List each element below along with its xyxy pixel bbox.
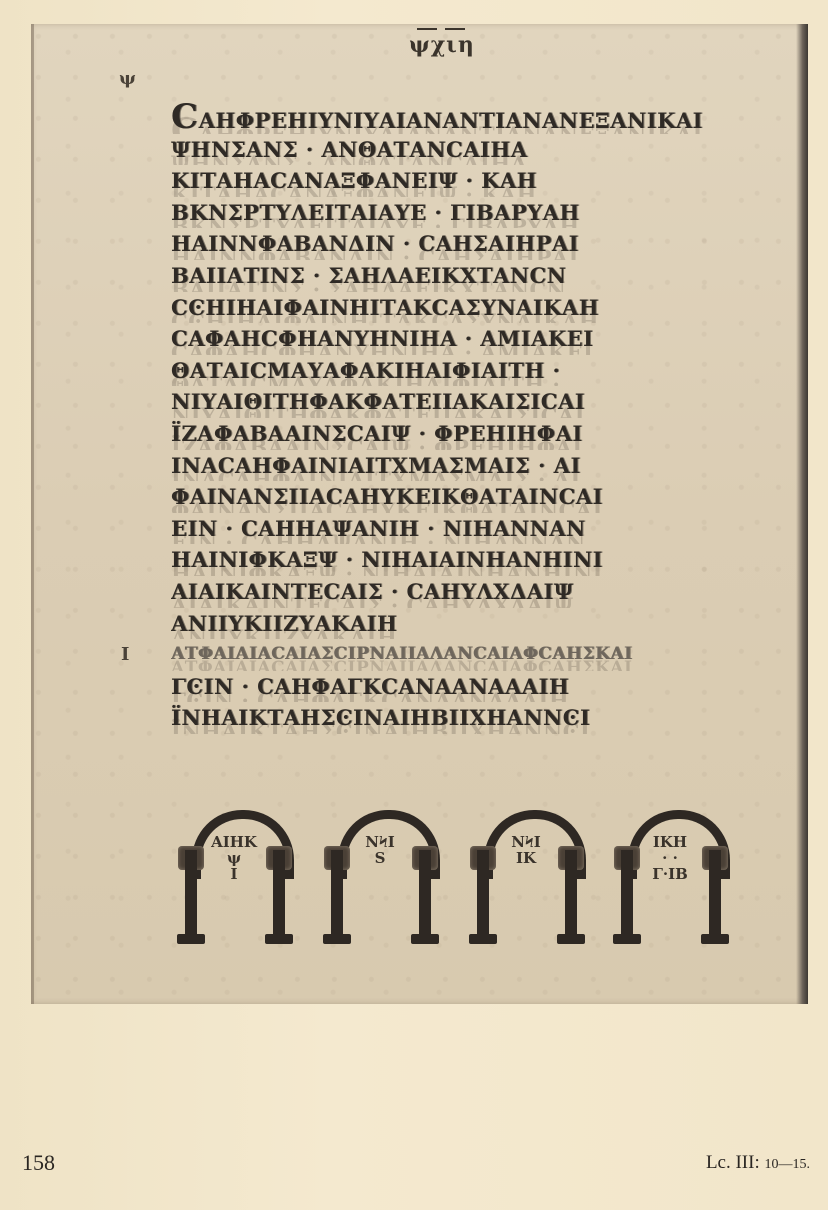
manuscript-line: ΚΙΤΑΗΑϹΑΝΑΞΦΑΝΕΙΨ · ΚΑΗ xyxy=(171,165,751,197)
running-head: ψχιη xyxy=(409,32,475,58)
canon-arch: ΑΙΗΚ ψ Ι xyxy=(170,806,300,951)
manuscript-line: ΕΙΝ · ϹΑΗΗΑΨΑΝΙΗ · ΝΙΗΑΝΝΑΝ xyxy=(171,513,751,545)
manuscript-line: ΗΑΙΝΝΦΑΒΑΝΔΙΝ · ϹΑΗΣΑΙΗΡΑΙ xyxy=(171,228,751,260)
column-icon xyxy=(419,850,431,934)
canon-number: ΝϞΙ ΙΚ xyxy=(496,834,556,866)
column-base-icon xyxy=(469,934,497,944)
manuscript-line: ϹΑΦΑΗϹΦΗΑΝΥΗΝΙΗΑ · ΑΜΙΑΚΕΙ xyxy=(171,323,751,355)
scripture-reference: Lc. III: 10—15. xyxy=(706,1152,810,1174)
manuscript-line: ϹϾΗΙΗΑΙΦΑΙΝΗΙΤΑΚϹΑΣΥΝΑΙΚΑΗ xyxy=(171,292,751,324)
column-base-icon xyxy=(265,934,293,944)
column-icon xyxy=(273,850,285,934)
column-icon xyxy=(565,850,577,934)
manuscript-line: ΗΑΙΝΙΦΚΑΞΨ · ΝΙΗΑΙΑΙΝΗΑΝΗΙΝΙ xyxy=(171,544,751,576)
reference-book: Lc. xyxy=(706,1152,731,1173)
canon-arch: ΙΚΗ · · Γ·ΙΒ xyxy=(606,806,736,951)
canon-tables-arcade: ΑΙΗΚ ψ Ι ΝϞΙ S ΝϞΙ ΙΚ xyxy=(170,806,740,956)
column-icon xyxy=(185,850,197,934)
psi-section-icon: ψ xyxy=(119,68,138,89)
column-icon xyxy=(331,850,343,934)
reference-verses: 10—15. xyxy=(765,1157,811,1172)
manuscript-line: ΒΚΝΣΡΤΥΛΕΙΤΑΙΑΥΕ · ΓΙΒΑΡΥΑΗ xyxy=(171,197,751,229)
running-head-text: ψχιη xyxy=(409,32,475,58)
manuscript-line: ΪΖΑΦΑΒΑΑΙΝΣϹΑΙΨ · ΦΡΕΗΙΗΦΑΙ xyxy=(171,418,751,450)
manuscript-line: ΑΝΙΙΥΚΙΙΖΥΑΚΑΙΗ xyxy=(171,608,751,640)
page-number: 158 xyxy=(22,1150,55,1176)
column-icon xyxy=(621,850,633,934)
book-page: ψχιη ψ Ι ϹΑΗΦΡΕΗΙΥΝΙΥΑΙΑΝΑΝΤΙΑΝΑΝΕΞΑΝΙΚΑ… xyxy=(0,0,828,1210)
canon-number: ΙΚΗ · · Γ·ΙΒ xyxy=(640,834,700,882)
plate-left-edge xyxy=(31,24,34,1004)
manuscript-line-faded: ΑΤΦΑΙΑΙΑϹΑΙΑΣϹΙΡΝΑΙΙΑΛΑΝϹΑΙΑΦϹΑΗΣΚΑΙ xyxy=(171,639,751,671)
plate-right-edge xyxy=(796,24,808,1004)
manuscript-line: ϹΑΗΦΡΕΗΙΥΝΙΥΑΙΑΝΑΝΤΙΑΝΑΝΕΞΑΝΙΚΑΙ xyxy=(171,102,751,134)
manuscript-line: ΙΝΑϹΑΗΦΑΙΝΙΑΙΤΧΜΑΣΜΑΙΣ · ΑΙ xyxy=(171,450,751,482)
manuscript-line: ΪΝΗΑΙΚΤΑΗΣϾΙΝΑΙΗΒΙΙΧΗΑΝΝϾΙ xyxy=(171,702,751,734)
column-base-icon xyxy=(323,934,351,944)
manuscript-line: ΒΑΙΙΑΤΙΝΣ · ΣΑΗΛΑΕΙΚΧΤΑΝϹΝ xyxy=(171,260,751,292)
manuscript-line: ΦΑΙΝΑΝΣΙΙΑϹΑΗΥΚΕΙΚΘΑΤΑΙΝϹΑΙ xyxy=(171,481,751,513)
manuscript-text: ϹΑΗΦΡΕΗΙΥΝΙΥΑΙΑΝΑΝΤΙΑΝΑΝΕΞΑΝΙΚΑΙ ΨΗΝΣΑΝΣ… xyxy=(171,102,751,734)
iota-section-icon: Ι xyxy=(121,644,131,665)
column-icon xyxy=(709,850,721,934)
column-base-icon xyxy=(177,934,205,944)
abbreviation-bar xyxy=(445,28,465,30)
manuscript-line: ΨΗΝΣΑΝΣ · ΑΝΘΑΤΑΝϹΑΙΗΑ xyxy=(171,134,751,166)
canon-number: ΝϞΙ S xyxy=(350,834,410,866)
abbreviation-bar xyxy=(417,28,437,30)
manuscript-line: ΓϾΙΝ · ϹΑΗΦΑΓΚϹΑΝΑΑΝΑΑΑΙΗ xyxy=(171,671,751,703)
section-mark-lower: Ι xyxy=(121,644,131,665)
column-base-icon xyxy=(557,934,585,944)
canon-arch: ΝϞΙ S xyxy=(316,806,446,951)
manuscript-line: ΘΑΤΑΙϹΜΑΥΑΦΑΚΙΗΑΙΦΙΑΙΤΗ · xyxy=(171,355,751,387)
column-icon xyxy=(477,850,489,934)
section-mark-top: ψ xyxy=(119,68,138,89)
column-base-icon xyxy=(411,934,439,944)
reference-chapter: III: xyxy=(735,1152,759,1173)
column-base-icon xyxy=(701,934,729,944)
column-base-icon xyxy=(613,934,641,944)
canon-arch: ΝϞΙ ΙΚ xyxy=(462,806,592,951)
canon-number: ΑΙΗΚ ψ Ι xyxy=(204,834,264,882)
manuscript-line: ΝΙΥΑΙΘΙΤΗΦΑΚΦΑΤΕΙΙΑΚΑΙΣΙϹΑΙ xyxy=(171,386,751,418)
manuscript-line: ΑΙΑΙΚΑΙΝΤΕϹΑΙΣ · ϹΑΗΥΛΧΔΑΙΨ xyxy=(171,576,751,608)
